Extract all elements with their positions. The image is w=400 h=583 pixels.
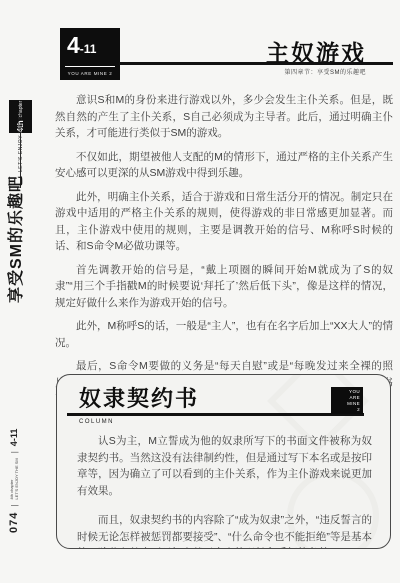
page-number: 074 <box>8 512 20 533</box>
footer-chapter-code: 4-11 <box>9 429 19 447</box>
chapter-number-minor: -11 <box>80 42 97 56</box>
footer-chapter-info: 4th chapter LET'S ENJOY THE SM <box>9 458 19 499</box>
footer-separator-2: | <box>10 451 19 453</box>
chapter-box-divider <box>65 66 115 67</box>
footer-chapter-line2: LET'S ENJOY THE SM <box>14 458 19 499</box>
column-body: 认S为主，M立誓成为他的奴隶所写下的书面文件被称为奴隶契约书。当然这没有法律制约… <box>77 433 372 549</box>
column-paragraph: 认S为主，M立誓成为他的奴隶所写下的书面文件被称为奴隶契约书。当然这没有法律制约… <box>77 433 372 499</box>
column-box: 奴隶契约书 COLUMN YOU ARE MINE 2 认S为主，M立誓成为他的… <box>56 374 391 549</box>
body-paragraph: 不仅如此，期望被他人支配的M的情形下，通过严格的主仆关系产生安心感可以更深的从S… <box>55 149 393 182</box>
column-title: 奴隶契约书 <box>79 382 199 413</box>
body-paragraph: 此外，M称呼S的话，一般是“主人”，也有在名字后加上“XX大人”的情况。 <box>55 318 393 351</box>
footer-separator: | <box>10 505 19 507</box>
page-subtitle: 第四章节：享受SM的乐趣吧 <box>284 67 366 76</box>
book-page: 4th chapter 享受SM的乐趣吧 LET'S ENJOY THE SM … <box>0 0 400 583</box>
page-footer: 074 | 4th chapter LET'S ENJOY THE SM | 4… <box>8 429 20 533</box>
body-text: 意识S和M的身份来进行游戏以外，多少会发生主仆关系。但是，既然自然的产生了主仆关… <box>55 92 393 415</box>
column-paragraph: 而且，奴隶契约书的内容除了“成为奴隶”之外，“违反誓言的时候无论怎样被惩罚都要接… <box>77 512 372 549</box>
body-paragraph: 此外，明确主仆关系，适合于游戏和日常生活分开的情况。制定只在游戏中适用的严格主仆… <box>55 189 393 255</box>
chapter-number-major: 4 <box>67 32 80 58</box>
column-series-tag: YOU ARE MINE 2 <box>331 387 363 414</box>
chapter-number: 4-11 <box>67 32 96 59</box>
sidebar-section-title: 享受SM的乐趣吧 LET'S ENJOY THE SM <box>3 111 26 303</box>
body-paragraph: 首先调教开始的信号是，“戴上项圈的瞬间开始M就成为了S的奴隶”“用三个手指戳M的… <box>55 262 393 312</box>
tag-line: 2 <box>334 407 360 413</box>
sidebar-title-english: LET'S ENJOY THE SM <box>18 111 26 172</box>
sidebar-title-text: 享受SM的乐趣吧 <box>3 175 26 303</box>
body-paragraph: 意识S和M的身份来进行游戏以外，多少会发生主仆关系。但是，既然自然的产生了主仆关… <box>55 92 393 142</box>
series-title: YOU ARE MINE 2 <box>60 71 120 76</box>
column-label: COLUMN <box>79 419 114 425</box>
chapter-number-box: 4-11 YOU ARE MINE 2 <box>60 28 120 80</box>
page-title: 主奴游戏 <box>266 35 366 68</box>
column-title-underline <box>67 413 364 416</box>
